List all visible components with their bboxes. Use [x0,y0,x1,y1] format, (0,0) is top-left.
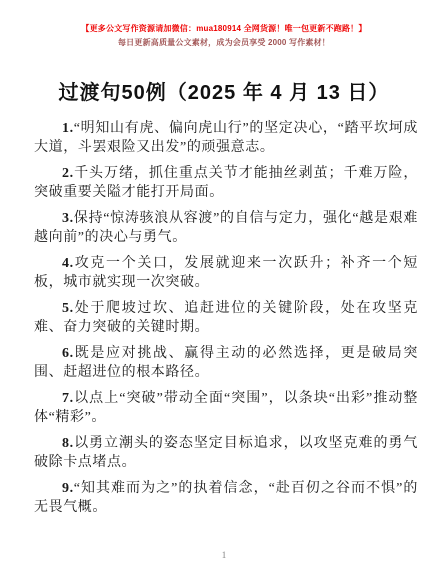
paragraph-2: 2.千头万绪，抓住重点关节才能抽丝剥茧；千难万险，突破重要关隘才能打开局面。 [34,164,418,202]
paragraph-6: 6.既是应对挑战、赢得主动的必然选择，更是破局突围、赶超进位的根本路径。 [34,344,418,382]
paragraph-text: 保持“惊涛骇浪从容渡”的自信与定力，强化“越是艰难越向前”的决心与勇气。 [34,211,418,245]
paragraph-text: 既是应对挑战、赢得主动的必然选择，更是破局突围、赶超进位的根本路径。 [34,346,418,380]
document-title: 过渡句50例（2025 年 4 月 13 日） [0,81,448,105]
paragraph-9: 9.“知其难而为之”的执着信念，“赴百仞之谷而不惧”的无畏气概。 [34,479,418,517]
document-page: 【更多公文写作资源请加微信：mua180914 全网货源！唯一包更新不跑路！】 … [0,0,448,580]
paragraph-number: 4. [62,256,74,271]
paragraph-number: 9. [62,481,74,496]
paragraph-text: 以点上“突破”带动全面“突围”，以条块“出彩”推动整体“精彩”。 [34,391,418,425]
promo-header: 【更多公文写作资源请加微信：mua180914 全网货源！唯一包更新不跑路！】 … [0,0,448,49]
paragraph-7: 7.以点上“突破”带动全面“突围”，以条块“出彩”推动整体“精彩”。 [34,389,418,427]
paragraph-3: 3.保持“惊涛骇浪从容渡”的自信与定力，强化“越是艰难越向前”的决心与勇气。 [34,209,418,247]
document-body: 1.“明知山有虎、偏向虎山行”的坚定决心，“踏平坎坷成大道，斗罢艰险又出发”的顽… [0,119,448,517]
paragraph-number: 5. [62,301,74,316]
paragraph-text: “知其难而为之”的执着信念，“赴百仞之谷而不惧”的无畏气概。 [34,481,418,515]
paragraph-number: 2. [62,166,74,181]
paragraph-text: 千头万绪，抓住重点关节才能抽丝剥茧；千难万险，突破重要关隘才能打开局面。 [34,166,418,200]
paragraph-text: 处于爬坡过坎、追赶进位的关键阶段，处在攻坚克难、奋力突破的关键时期。 [34,301,418,335]
promo-line-1: 【更多公文写作资源请加微信：mua180914 全网货源！唯一包更新不跑路！】 [0,22,448,36]
paragraph-1: 1.“明知山有虎、偏向虎山行”的坚定决心，“踏平坎坷成大道，斗罢艰险又出发”的顽… [34,119,418,157]
paragraph-number: 3. [62,211,74,226]
paragraph-text: 攻克一个关口，发展就迎来一次跃升；补齐一个短板，城市就实现一次突破。 [34,256,418,290]
paragraph-text: “明知山有虎、偏向虎山行”的坚定决心，“踏平坎坷成大道，斗罢艰险又出发”的顽强意… [34,121,418,155]
paragraph-4: 4.攻克一个关口，发展就迎来一次跃升；补齐一个短板，城市就实现一次突破。 [34,254,418,292]
paragraph-number: 7. [62,391,74,406]
paragraph-number: 6. [62,346,74,361]
page-number: 1 [0,550,448,560]
paragraph-number: 1. [62,121,74,136]
paragraph-text: 以勇立潮头的姿态坚定目标追求，以攻坚克难的勇气破除卡点堵点。 [34,436,418,470]
paragraph-5: 5.处于爬坡过坎、追赶进位的关键阶段，处在攻坚克难、奋力突破的关键时期。 [34,299,418,337]
paragraph-number: 8. [62,436,74,451]
paragraph-8: 8.以勇立潮头的姿态坚定目标追求，以攻坚克难的勇气破除卡点堵点。 [34,434,418,472]
promo-line-2: 每日更新高质量公文素材，成为会员享受 2000 写作素材！ [0,36,448,49]
